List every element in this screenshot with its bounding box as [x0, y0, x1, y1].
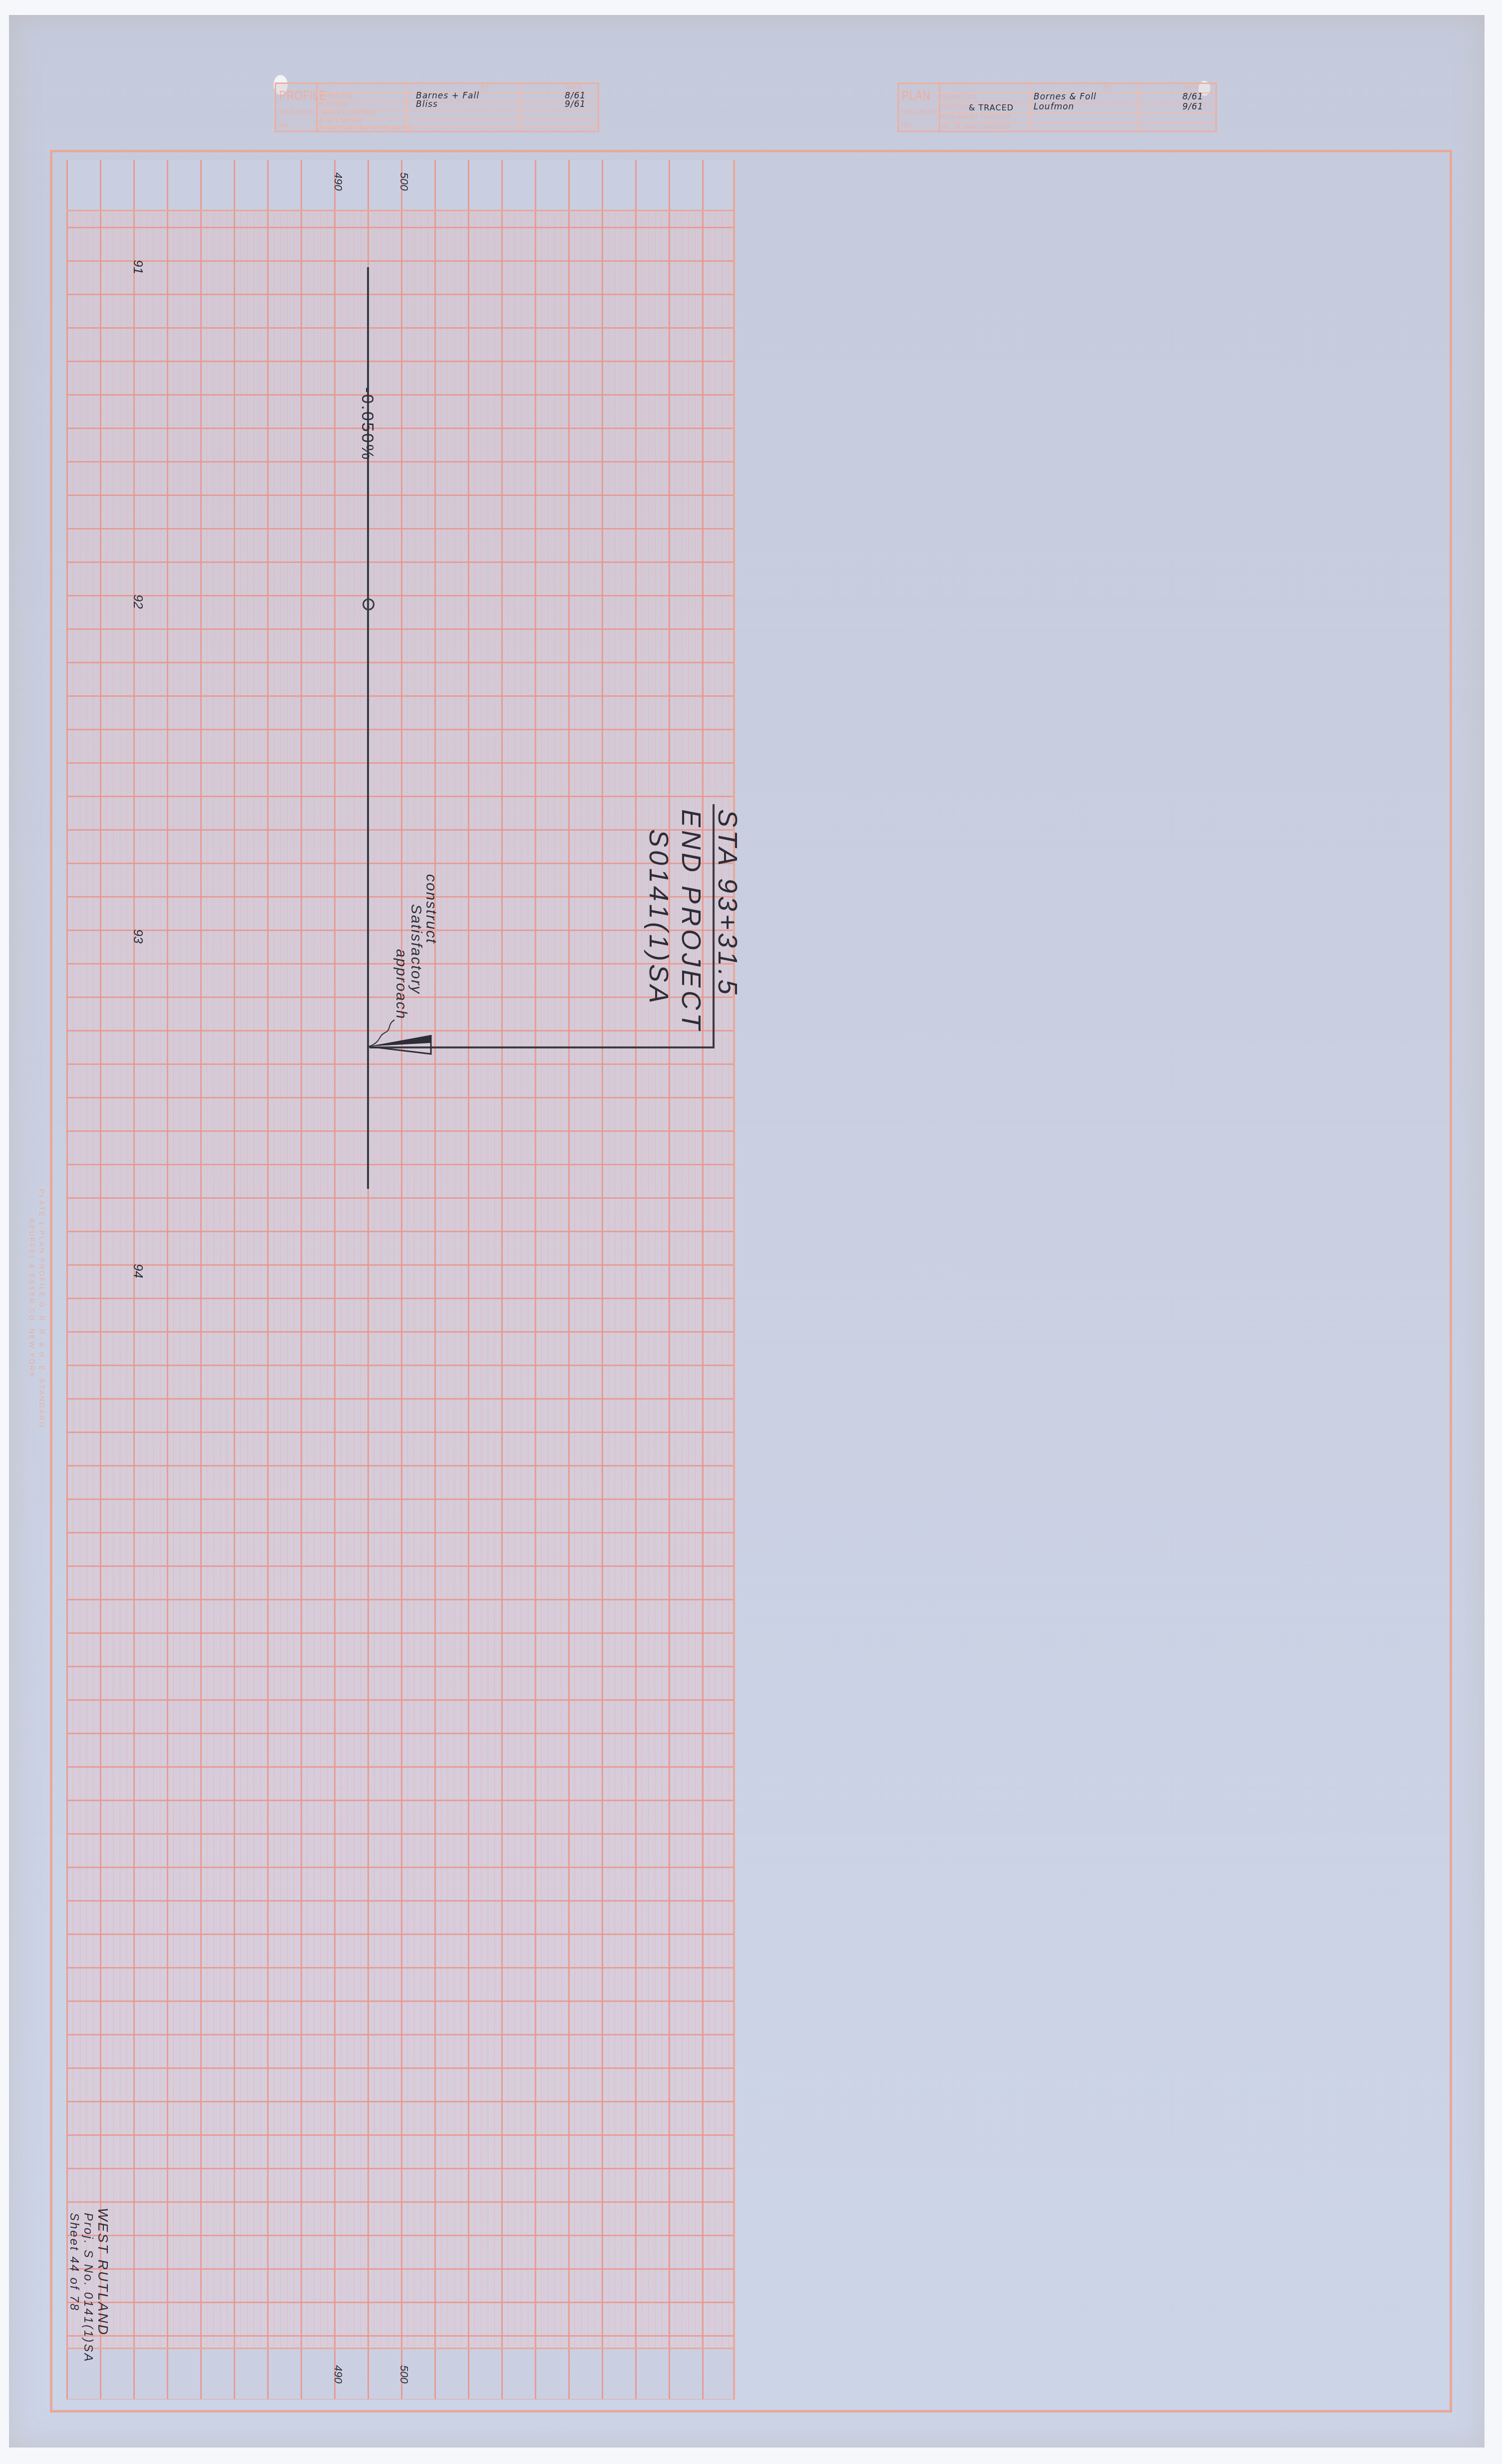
column-divider	[1030, 84, 1031, 131]
row-label: ALIGNMENT CHECKED	[942, 114, 1011, 120]
column-divider	[520, 84, 521, 131]
row-label: SURVEYED	[942, 94, 976, 100]
note-line: Satisfactory	[407, 904, 424, 994]
title-block-row: ALIGNMENT CHECKED	[939, 114, 1215, 123]
note-book-label: NOTE BOOK	[279, 110, 313, 115]
column-divider	[1137, 84, 1139, 131]
row-date: 8/61	[1182, 92, 1203, 102]
date-header: DATE	[566, 84, 582, 90]
row-label: B. M.'s NOTED	[319, 118, 363, 124]
title-block-row: PLOTTED & TRACED Loufmon 9/61	[939, 104, 1215, 113]
margin-imprint: PLATE 1 PLAN PROFILE G. R. R. & H. E. ST…	[38, 1189, 46, 1429]
row-date: 9/61	[1182, 102, 1203, 112]
title-block-heading: PLAN	[902, 88, 931, 103]
margin-imprint: KEUFFEL & ESSER CO. NEW YORK	[28, 1219, 36, 1379]
row-label: RT. OF WAY CHECKED	[942, 124, 1010, 130]
title-block-label-cell: PLAN NOTE BOOK NO.	[899, 84, 940, 131]
row-by: Bornes & Foll	[1034, 92, 1097, 102]
title-block-label-cell: PROFILE NOTE BOOK NO.	[276, 84, 318, 131]
end-project-label: END PROJECT	[676, 809, 707, 1032]
elevation-label: 500	[397, 2365, 410, 2384]
profile-grid	[66, 160, 735, 2400]
footer-project: Proj. S No. 0141(1)SA	[81, 2213, 95, 2363]
note-book-label: NOTE BOOK	[902, 110, 936, 115]
project-number-label: S0141(1)SA	[643, 829, 674, 1006]
elevation-label: 500	[397, 172, 410, 191]
title-block-row: RT. OF WAY CHECKED	[939, 124, 1215, 132]
note-squiggle-leader-icon	[367, 1019, 397, 1049]
no-label: NO.	[279, 123, 290, 128]
station-label: 91	[130, 260, 146, 274]
note-line: construct	[422, 874, 439, 944]
row-label: GRADES CHECKED	[319, 110, 377, 116]
no-label: NO.	[902, 123, 912, 128]
note-line: approach	[392, 949, 409, 1019]
plan-title-block: PLAN NOTE BOOK NO. BY DATE SURVEYED Born…	[897, 82, 1217, 132]
row-by: Loufmon	[1034, 102, 1074, 112]
profile-title-block: PROFILE NOTE BOOK NO. BY DATE SURVEYED B…	[275, 82, 599, 132]
elevation-label: 490	[332, 2365, 345, 2384]
elevation-label: 490	[332, 172, 345, 191]
station-marker-circle	[363, 598, 375, 610]
by-header: BY	[1104, 84, 1112, 90]
title-block-row: SURVEYED Bornes & Foll 8/61	[939, 94, 1215, 103]
column-divider	[406, 84, 407, 131]
station-label: 92	[130, 594, 146, 609]
by-header: BY	[481, 84, 489, 90]
row-date: 9/61	[565, 99, 586, 109]
title-block-row: STRUCTURE NOTAT'NS CH'KD	[316, 126, 598, 135]
row-label: PLOTTED	[942, 104, 971, 110]
row-by: Bliss	[416, 99, 438, 109]
footer-sheet: Sheet 44 of 78	[67, 2213, 81, 2312]
station-label: 93	[130, 929, 146, 944]
row-extra: & TRACED	[969, 103, 1014, 112]
date-header: DATE	[1183, 84, 1200, 90]
footer-town: WEST RUTLAND	[95, 2208, 111, 2336]
row-label: SURVEYED	[319, 93, 353, 99]
row-label: STRUCTURE NOTAT'NS CH'KD	[319, 125, 411, 131]
station-label: 94	[130, 1264, 146, 1278]
row-label: PLOTTED	[319, 101, 348, 107]
end-station-label: STA 93+31.5	[712, 809, 743, 997]
grade-label: -0.050%	[358, 387, 377, 461]
